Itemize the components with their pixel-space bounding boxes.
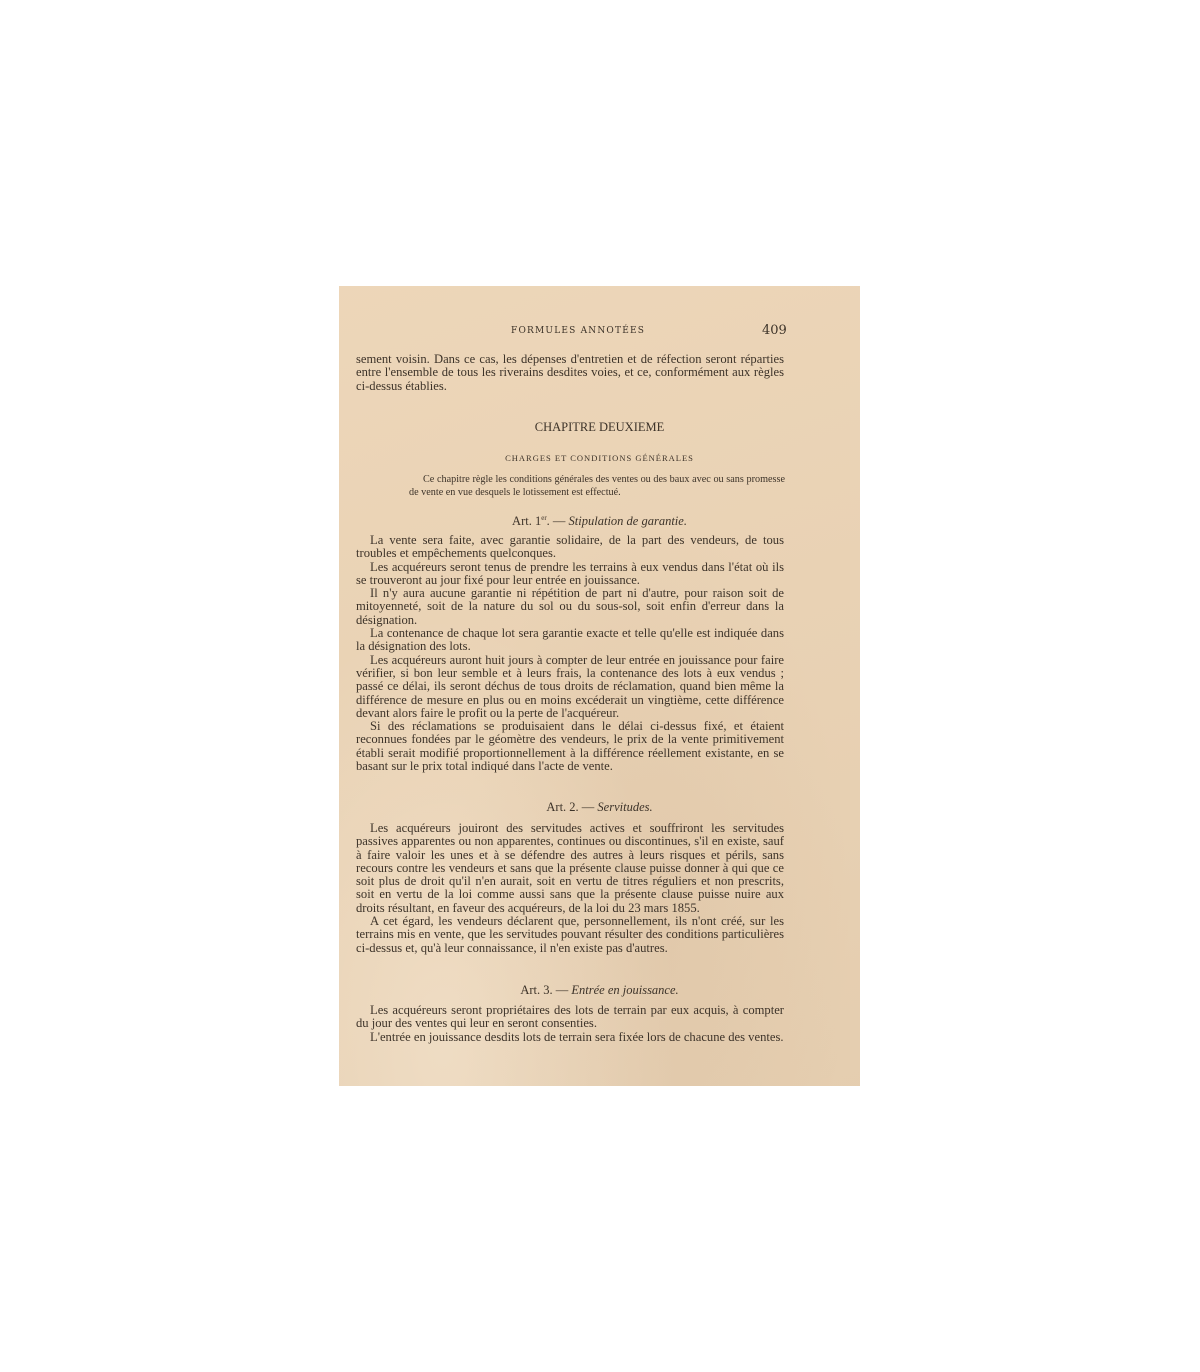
chapter-note-text: Ce chapitre règle les conditions général… <box>409 474 785 499</box>
article-heading-1: Art. 1er. — Stipulation de garantie. <box>339 514 860 529</box>
paragraph: Il n'y aura aucune garantie ni répétitio… <box>356 587 784 627</box>
chapter-subtitle: CHARGES ET CONDITIONS GÉNÉRALES <box>339 453 860 463</box>
page-number: 409 <box>762 323 787 338</box>
article-heading-2: Art. 2. — Servitudes. <box>339 800 860 815</box>
paragraph: Les acquéreurs seront tenus de prendre l… <box>356 561 784 588</box>
article-title: Stipulation de garantie. <box>569 514 687 528</box>
running-head-title: FORMULES ANNOTÉES <box>511 326 645 336</box>
opening-paragraph: sement voisin. Dans ce cas, les dépenses… <box>356 353 784 393</box>
article-number: Art. 3 <box>520 983 549 997</box>
article-number: Art. 1 <box>512 514 541 528</box>
paragraph: La vente sera faite, avec garantie solid… <box>356 534 784 561</box>
article-body-2: Les acquéreurs jouiront des servitudes a… <box>356 822 784 955</box>
paragraph: Si des réclamations se produisaient dans… <box>356 720 784 773</box>
paragraph: Les acquéreurs auront huit jours à compt… <box>356 654 784 720</box>
article-body-3: Les acquéreurs seront propriétaires des … <box>356 1004 784 1044</box>
article-title: Servitudes. <box>597 800 652 814</box>
article-heading-3: Art. 3. — Entrée en jouissance. <box>339 983 860 998</box>
article-dash: . — <box>550 983 572 997</box>
chapter-note: Ce chapitre règle les conditions général… <box>409 474 785 499</box>
article-body-1: La vente sera faite, avec garantie solid… <box>356 534 784 773</box>
opening-paragraph-block: sement voisin. Dans ce cas, les dépenses… <box>356 353 784 393</box>
article-dash: . — <box>547 514 569 528</box>
chapter-title: CHAPITRE DEUXIEME <box>339 420 860 435</box>
paragraph: Les acquéreurs jouiront des servitudes a… <box>356 822 784 915</box>
article-number: Art. 2 <box>546 800 575 814</box>
paragraph: Les acquéreurs seront propriétaires des … <box>356 1004 784 1031</box>
article-title: Entrée en jouissance. <box>571 983 678 997</box>
article-dash: . — <box>576 800 598 814</box>
paragraph: A cet égard, les vendeurs déclarent que,… <box>356 915 784 955</box>
paragraph: L'entrée en jouissance desdits lots de t… <box>356 1031 784 1044</box>
book-page: FORMULES ANNOTÉES 409 sement voisin. Dan… <box>339 286 860 1086</box>
paragraph: La contenance de chaque lot sera garanti… <box>356 627 784 654</box>
